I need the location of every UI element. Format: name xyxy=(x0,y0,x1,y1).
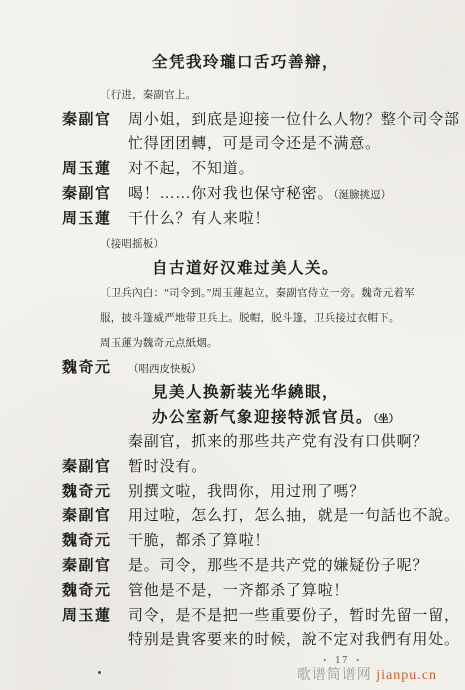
line-text: 自古道好汉难过美人关。 xyxy=(152,260,339,277)
dialogue-line: 魏奇元别撰文啦，我問你，用过刑了嗎？ xyxy=(62,480,445,505)
dialogue-line: 魏奇元管他是不是，一齐都杀了算啦！ xyxy=(62,579,445,604)
dialogue-line: 周玉蓮对不起，不知道。 xyxy=(62,157,445,182)
sung-line: 办公室新气象迎接特派官员。（坐） xyxy=(62,405,445,430)
line-text: 全凭我玲瓏口舌巧善辯， xyxy=(152,54,339,71)
line-text: 喝！……你对我也保守秘密。 xyxy=(128,186,333,202)
book-page: 全凭我玲瓏口舌巧善辯，〔行进，秦副官上。秦副官周小姐，到底是迎接一位什么人物？整… xyxy=(0,0,465,690)
speaker-name: 秦副官 xyxy=(62,182,128,203)
line-text: 秦副官，抓来的那些共产党有没有口供啊？ xyxy=(128,434,428,450)
line-text: 周小姐，到底是迎接一位什么人物？整个司令部 xyxy=(128,112,460,128)
line-text: 办公室新气象迎接特派官员。 xyxy=(152,409,373,426)
speaker-name: 魏奇元 xyxy=(62,579,128,600)
dialogue-line: 周玉蓮干什么？有人来啦！ xyxy=(62,207,445,232)
speaker-name: 秦副官 xyxy=(62,108,128,129)
speaker-name: 魏奇元 xyxy=(62,480,128,501)
stage-text: 服，披斗篷威严地带卫兵上。脱帽，脱斗篷，卫兵接过衣帽下。 xyxy=(100,313,400,324)
line-text: 管他是不是，一齐都杀了算啦！ xyxy=(128,583,349,599)
speaker-name: 秦副官 xyxy=(62,455,128,476)
speaker-name: 魏奇元 xyxy=(62,529,128,550)
line-text: 司令，是不是把一些重要份子，暂时先留一留， xyxy=(128,608,460,624)
dialogue-line: 秦副官是。司令，那些不是共产党的嫌疑份子呢？ xyxy=(62,554,445,579)
stage-text: （接唱摇板） xyxy=(100,239,164,250)
line-text: 别撰文啦，我問你，用过刑了嗎？ xyxy=(128,484,365,500)
speaker-name: 秦副官 xyxy=(62,504,128,525)
line-text: 干脆，都杀了算啦！ xyxy=(128,533,270,549)
inline-note: （唱西皮快板） xyxy=(128,364,202,375)
inline-note: （坐） xyxy=(373,414,399,425)
watermark-domain: jianpu.cn xyxy=(376,668,437,683)
line-text: 暂时没有。 xyxy=(128,459,207,475)
dialogue-line: 魏奇元（唱西皮快板） xyxy=(62,356,445,381)
dialogue-continuation: 特别是貴客要来的时候，說不定对我們有用处。 xyxy=(62,628,445,653)
stage-direction: 〔行进，秦副官上。 xyxy=(62,83,445,108)
dialogue-continuation: 秦副官，抓来的那些共产党有没有口供啊？ xyxy=(62,430,445,455)
speaker-name: 周玉蓮 xyxy=(62,604,128,625)
stage-direction: （接唱摇板） xyxy=(62,232,445,257)
watermark-site-name: 歌谱简谱网 xyxy=(297,668,372,683)
watermark: 歌谱简谱网 jianpu.cn xyxy=(297,664,437,684)
sung-line: 見美人换新装光华繞眼， xyxy=(62,380,445,405)
line-text: 干什么？有人来啦！ xyxy=(128,211,270,227)
dialogue-line: 魏奇元干脆，都杀了算啦！ xyxy=(62,529,445,554)
line-text: 見美人换新装光华繞眼， xyxy=(152,384,339,401)
dialogue-line: 秦副官暂时没有。 xyxy=(62,455,445,480)
dialogue-continuation: 忙得团团轉，可是司令还是不满意。 xyxy=(62,132,445,157)
stage-text: 周玉蓮为魏奇元点紙烟。 xyxy=(100,338,218,349)
stage-direction: 服，披斗篷威严地带卫兵上。脱帽，脱斗篷，卫兵接过衣帽下。 xyxy=(62,306,445,331)
speaker-name: 秦副官 xyxy=(62,554,128,575)
stage-text: 〔行进，秦副官上。 xyxy=(100,90,196,101)
stage-direction: 周玉蓮为魏奇元点紙烟。 xyxy=(62,331,445,356)
line-text: 对不起，不知道。 xyxy=(128,161,254,177)
inline-note: （涎臉挑逗） xyxy=(333,190,391,201)
speaker-name: 魏奇元 xyxy=(62,356,128,377)
dialogue-line: 秦副官周小姐，到底是迎接一位什么人物？整个司令部 xyxy=(62,108,445,133)
speaker-name: 周玉蓮 xyxy=(62,157,128,178)
dialogue-line: 周玉蓮司令，是不是把一些重要份子，暂时先留一留， xyxy=(62,604,445,629)
speaker-name: 周玉蓮 xyxy=(62,207,128,228)
line-text: 是。司令，那些不是共产党的嫌疑份子呢？ xyxy=(128,558,428,574)
dialogue-line: 秦副官用过啦，怎么打，怎么抽，就是一句話也不說。 xyxy=(62,504,445,529)
dialogue-line: 秦副官喝！……你对我也保守秘密。（涎臉挑逗） xyxy=(62,182,445,207)
print-artifact-dot xyxy=(98,671,101,674)
stage-direction: 〔卫兵內白：“司令到。”周玉蓮起立，秦副官侍立一旁。魏奇元着军 xyxy=(62,281,445,306)
stage-text: 〔卫兵內白：“司令到。”周玉蓮起立，秦副官侍立一旁。魏奇元着军 xyxy=(100,288,415,299)
line-text: 忙得团团轉，可是司令还是不满意。 xyxy=(128,136,381,152)
line-text: 特别是貴客要来的时候，說不定对我們有用处。 xyxy=(128,632,460,648)
line-text: 用过啦，怎么打，怎么抽，就是一句話也不說。 xyxy=(128,508,460,524)
script-body: 全凭我玲瓏口舌巧善辯，〔行进，秦副官上。秦副官周小姐，到底是迎接一位什么人物？整… xyxy=(62,50,445,653)
sung-line: 全凭我玲瓏口舌巧善辯， xyxy=(62,50,445,75)
sung-line: 自古道好汉难过美人关。 xyxy=(62,256,445,281)
